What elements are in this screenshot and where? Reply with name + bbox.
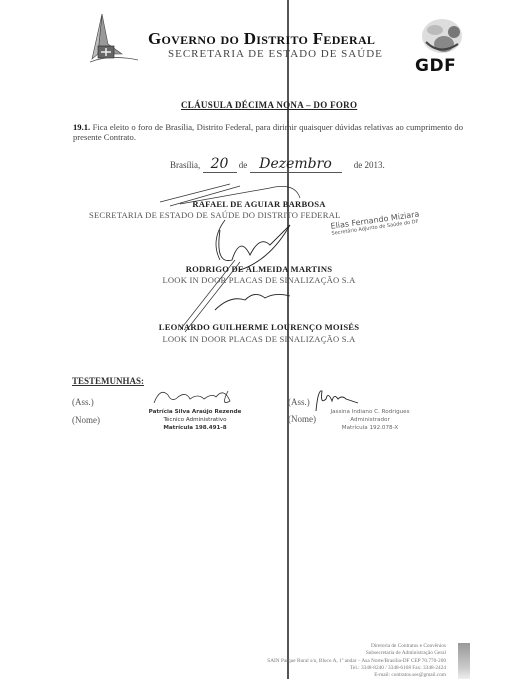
witness-right-name-label: (Nome) bbox=[288, 414, 316, 424]
date-city: Brasília, bbox=[170, 160, 200, 170]
signatory-2-role: LOOK IN DOOR PLACAS DE SINALIZAÇÃO S.A bbox=[0, 275, 518, 285]
witness-right-ass-label: (Ass.) bbox=[288, 397, 310, 407]
clause-number: 19.1. bbox=[73, 122, 90, 132]
witness-left-role: Técnico Administrativo bbox=[130, 416, 260, 424]
stamp: Elias Fernando Miziara Secretário Adjunt… bbox=[330, 210, 421, 237]
witness-right-name: Jassina Indiano C. Rodrigues bbox=[320, 408, 420, 416]
signatory-1-name: RAFAEL DE AGUIAR BARBOSA bbox=[0, 199, 518, 209]
footer-line-3: SAIN Parque Rural s/n, Bloco A, 1º andar… bbox=[150, 658, 446, 665]
signatory-2-name: RODRIGO DE ALMEIDA MARTINS bbox=[0, 264, 518, 274]
signatory-3-name: LEONARDO GUILHERME LOURENÇO MOISÉS bbox=[0, 322, 518, 332]
footer-bar-decoration bbox=[458, 643, 470, 679]
footer-address: Diretoria de Contratos e Convênios Subse… bbox=[150, 643, 446, 679]
witness-left-signature bbox=[150, 385, 240, 409]
witness-right-stamp: Jassina Indiano C. Rodrigues Administrad… bbox=[320, 408, 420, 432]
gdf-logo-icon bbox=[420, 16, 464, 56]
gdf-logo-text: GDF bbox=[415, 56, 456, 76]
witness-left-stamp: Patrícia Silva Araújo Rezende Técnico Ad… bbox=[130, 408, 260, 432]
witness-right-id: Matrícula 192.078-X bbox=[320, 424, 420, 432]
clause-text: Fica eleito o foro de Brasília, Distrito… bbox=[73, 122, 463, 142]
clause-paragraph: 19.1. Fica eleito o foro de Brasília, Di… bbox=[73, 122, 463, 142]
date-day: 20 bbox=[203, 156, 237, 173]
witness-left-id: Matrícula 198.491-8 bbox=[130, 424, 260, 432]
footer-line-4: Tel.: 3348-8240 / 3348-6168 Fax: 3348-24… bbox=[150, 665, 446, 672]
signatory-1-role: SECRETARIA DE ESTADO DE SAÚDE DO DISTRIT… bbox=[89, 210, 341, 220]
header-subtitle: SECRETARIA DE ESTADO DE SAÚDE bbox=[168, 48, 383, 60]
witness-left-name-label: (Nome) bbox=[72, 415, 100, 425]
date-month: Dezembro bbox=[250, 156, 342, 173]
date-line: Brasília, 20 de Dezembro de 2013. bbox=[170, 156, 385, 173]
witnesses-heading: TESTEMUNHAS: bbox=[72, 376, 144, 386]
footer-line-2: Subsecretaria de Administração Geral bbox=[150, 650, 446, 657]
header-title: Governo do Distrito Federal bbox=[148, 29, 375, 49]
footer-line-5: E-mail: contratos.ses@gmail.com bbox=[150, 672, 446, 679]
witness-left-name: Patrícia Silva Araújo Rezende bbox=[130, 408, 260, 416]
date-de: de bbox=[239, 160, 248, 170]
footer-line-1: Diretoria de Contratos e Convênios bbox=[150, 643, 446, 650]
date-year: de 2013. bbox=[354, 160, 385, 170]
witness-left-ass-label: (Ass.) bbox=[72, 397, 94, 407]
brasilia-emblem-icon bbox=[88, 14, 140, 70]
clause-heading: CLÁUSULA DÉCIMA NONA – DO FORO bbox=[181, 100, 357, 110]
witness-right-role: Administrador bbox=[320, 416, 420, 424]
signatory-3-role: LOOK IN DOOR PLACAS DE SINALIZAÇÃO S.A bbox=[0, 334, 518, 344]
